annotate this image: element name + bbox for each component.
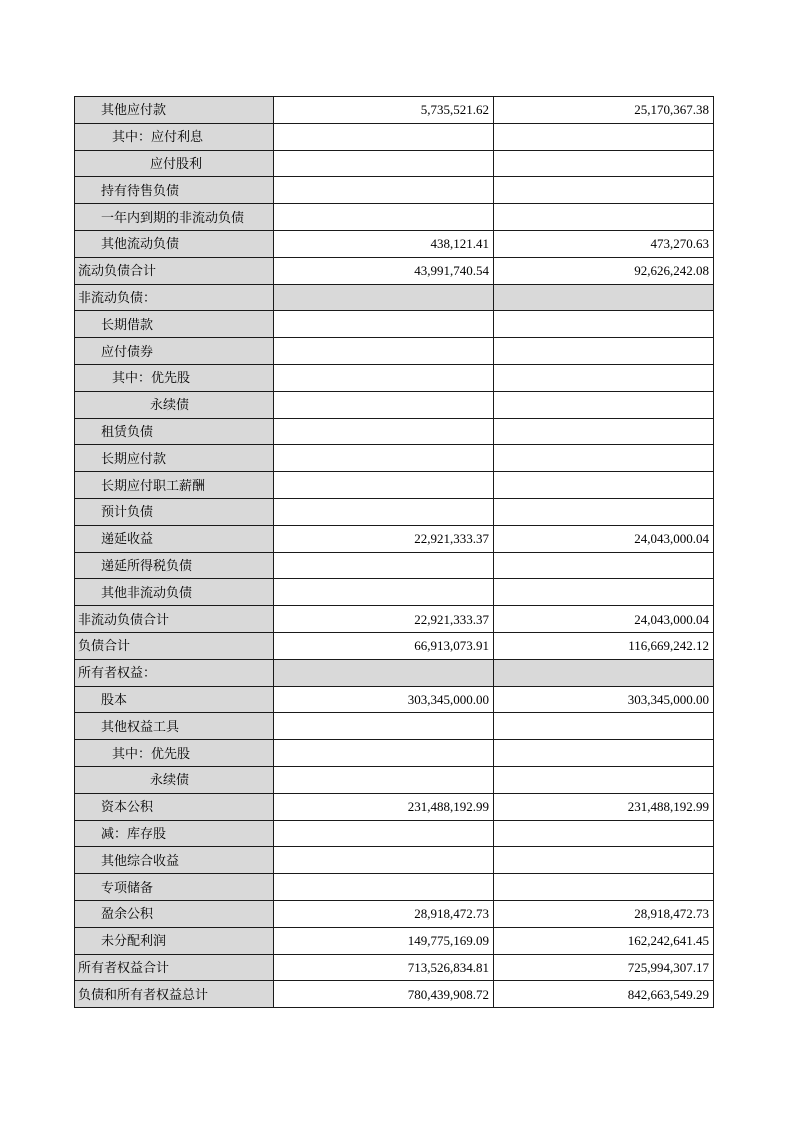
row-label: 其他综合收益 [75, 847, 274, 874]
amount-cell-col2 [494, 418, 714, 445]
amount-cell-col2: 303,345,000.00 [494, 686, 714, 713]
amount-cell-col1 [274, 150, 494, 177]
table-row: 所有者权益： [75, 659, 714, 686]
amount-cell-col1 [274, 123, 494, 150]
row-label: 长期借款 [75, 311, 274, 338]
table-row: 预计负债 [75, 498, 714, 525]
amount-cell-col1: 438,121.41 [274, 230, 494, 257]
row-label: 所有者权益合计 [75, 954, 274, 981]
amount-cell-col1: 713,526,834.81 [274, 954, 494, 981]
amount-cell-col2: 92,626,242.08 [494, 257, 714, 284]
amount-cell-col2 [494, 123, 714, 150]
table-row: 其中：应付利息 [75, 123, 714, 150]
table-row: 资本公积231,488,192.99231,488,192.99 [75, 793, 714, 820]
amount-cell-col1 [274, 552, 494, 579]
row-label: 租赁负债 [75, 418, 274, 445]
amount-cell-col2 [494, 659, 714, 686]
table-row: 其他流动负债438,121.41473,270.63 [75, 230, 714, 257]
amount-cell-col2 [494, 338, 714, 365]
row-label: 一年内到期的非流动负债 [75, 204, 274, 231]
amount-cell-col2 [494, 472, 714, 499]
table-row: 其他应付款5,735,521.6225,170,367.38 [75, 97, 714, 124]
row-label: 其他流动负债 [75, 230, 274, 257]
amount-cell-col2: 24,043,000.04 [494, 606, 714, 633]
amount-cell-col2: 24,043,000.04 [494, 525, 714, 552]
amount-cell-col2 [494, 552, 714, 579]
table-row: 负债合计66,913,073.91116,669,242.12 [75, 632, 714, 659]
table-row: 所有者权益合计713,526,834.81725,994,307.17 [75, 954, 714, 981]
row-label: 盈余公积 [75, 900, 274, 927]
table-row: 租赁负债 [75, 418, 714, 445]
amount-cell-col2: 842,663,549.29 [494, 981, 714, 1008]
amount-cell-col2 [494, 498, 714, 525]
row-label: 应付债券 [75, 338, 274, 365]
table-row: 其他权益工具 [75, 713, 714, 740]
document-page: 其他应付款5,735,521.6225,170,367.38其中：应付利息应付股… [0, 0, 793, 1122]
row-label: 所有者权益： [75, 659, 274, 686]
amount-cell-col1: 303,345,000.00 [274, 686, 494, 713]
amount-cell-col1 [274, 713, 494, 740]
amount-cell-col2: 725,994,307.17 [494, 954, 714, 981]
amount-cell-col1 [274, 579, 494, 606]
row-label: 非流动负债合计 [75, 606, 274, 633]
row-label: 其中：优先股 [75, 364, 274, 391]
table-row: 长期借款 [75, 311, 714, 338]
row-label: 未分配利润 [75, 927, 274, 954]
amount-cell-col1 [274, 338, 494, 365]
row-label: 其中：优先股 [75, 740, 274, 767]
row-label: 其他非流动负债 [75, 579, 274, 606]
amount-cell-col2 [494, 311, 714, 338]
table-row: 其中：优先股 [75, 740, 714, 767]
amount-cell-col1 [274, 418, 494, 445]
row-label: 预计负债 [75, 498, 274, 525]
amount-cell-col1 [274, 498, 494, 525]
table-row: 永续债 [75, 391, 714, 418]
amount-cell-col1 [274, 740, 494, 767]
table-row: 非流动负债合计22,921,333.3724,043,000.04 [75, 606, 714, 633]
amount-cell-col2 [494, 740, 714, 767]
amount-cell-col2 [494, 713, 714, 740]
amount-cell-col2 [494, 391, 714, 418]
amount-cell-col2 [494, 284, 714, 311]
amount-cell-col1 [274, 364, 494, 391]
amount-cell-col2: 116,669,242.12 [494, 632, 714, 659]
amount-cell-col1: 22,921,333.37 [274, 606, 494, 633]
table-row: 长期应付款 [75, 445, 714, 472]
balance-sheet-body: 其他应付款5,735,521.6225,170,367.38其中：应付利息应付股… [75, 97, 714, 1008]
amount-cell-col1 [274, 659, 494, 686]
table-row: 盈余公积28,918,472.7328,918,472.73 [75, 900, 714, 927]
amount-cell-col1 [274, 204, 494, 231]
row-label: 长期应付职工薪酬 [75, 472, 274, 499]
amount-cell-col1 [274, 874, 494, 901]
row-label: 专项储备 [75, 874, 274, 901]
table-row: 股本303,345,000.00303,345,000.00 [75, 686, 714, 713]
row-label: 永续债 [75, 391, 274, 418]
amount-cell-col1: 780,439,908.72 [274, 981, 494, 1008]
amount-cell-col2: 25,170,367.38 [494, 97, 714, 124]
amount-cell-col1 [274, 820, 494, 847]
table-row: 其他综合收益 [75, 847, 714, 874]
amount-cell-col1: 149,775,169.09 [274, 927, 494, 954]
amount-cell-col1 [274, 391, 494, 418]
amount-cell-col1: 5,735,521.62 [274, 97, 494, 124]
table-row: 非流动负债： [75, 284, 714, 311]
amount-cell-col2 [494, 766, 714, 793]
row-label: 其他应付款 [75, 97, 274, 124]
row-label: 负债合计 [75, 632, 274, 659]
amount-cell-col1: 231,488,192.99 [274, 793, 494, 820]
amount-cell-col2 [494, 579, 714, 606]
table-row: 减：库存股 [75, 820, 714, 847]
row-label: 负债和所有者权益总计 [75, 981, 274, 1008]
amount-cell-col2 [494, 445, 714, 472]
row-label: 流动负债合计 [75, 257, 274, 284]
amount-cell-col2 [494, 204, 714, 231]
table-row: 流动负债合计43,991,740.5492,626,242.08 [75, 257, 714, 284]
table-row: 永续债 [75, 766, 714, 793]
row-label: 股本 [75, 686, 274, 713]
row-label: 永续债 [75, 766, 274, 793]
row-label: 减：库存股 [75, 820, 274, 847]
table-row: 其他非流动负债 [75, 579, 714, 606]
amount-cell-col2 [494, 820, 714, 847]
row-label: 资本公积 [75, 793, 274, 820]
amount-cell-col1: 43,991,740.54 [274, 257, 494, 284]
row-label: 其他权益工具 [75, 713, 274, 740]
amount-cell-col1 [274, 766, 494, 793]
row-label: 持有待售负债 [75, 177, 274, 204]
amount-cell-col1 [274, 472, 494, 499]
table-row: 一年内到期的非流动负债 [75, 204, 714, 231]
amount-cell-col1: 22,921,333.37 [274, 525, 494, 552]
table-row: 长期应付职工薪酬 [75, 472, 714, 499]
amount-cell-col2: 28,918,472.73 [494, 900, 714, 927]
table-row: 递延所得税负债 [75, 552, 714, 579]
row-label: 其中：应付利息 [75, 123, 274, 150]
amount-cell-col1 [274, 284, 494, 311]
row-label: 递延所得税负债 [75, 552, 274, 579]
amount-cell-col2 [494, 177, 714, 204]
amount-cell-col1: 28,918,472.73 [274, 900, 494, 927]
amount-cell-col1: 66,913,073.91 [274, 632, 494, 659]
row-label: 应付股利 [75, 150, 274, 177]
table-row: 未分配利润149,775,169.09162,242,641.45 [75, 927, 714, 954]
amount-cell-col1 [274, 847, 494, 874]
amount-cell-col2 [494, 874, 714, 901]
amount-cell-col2 [494, 364, 714, 391]
table-row: 持有待售负债 [75, 177, 714, 204]
row-label: 长期应付款 [75, 445, 274, 472]
table-row: 应付债券 [75, 338, 714, 365]
row-label: 递延收益 [75, 525, 274, 552]
amount-cell-col2: 162,242,641.45 [494, 927, 714, 954]
amount-cell-col2: 473,270.63 [494, 230, 714, 257]
amount-cell-col2 [494, 150, 714, 177]
table-row: 负债和所有者权益总计780,439,908.72842,663,549.29 [75, 981, 714, 1008]
table-row: 递延收益22,921,333.3724,043,000.04 [75, 525, 714, 552]
table-row: 应付股利 [75, 150, 714, 177]
table-row: 专项储备 [75, 874, 714, 901]
amount-cell-col1 [274, 311, 494, 338]
balance-sheet-table: 其他应付款5,735,521.6225,170,367.38其中：应付利息应付股… [74, 96, 714, 1008]
amount-cell-col2 [494, 847, 714, 874]
row-label: 非流动负债： [75, 284, 274, 311]
amount-cell-col1 [274, 177, 494, 204]
table-row: 其中：优先股 [75, 364, 714, 391]
amount-cell-col1 [274, 445, 494, 472]
amount-cell-col2: 231,488,192.99 [494, 793, 714, 820]
